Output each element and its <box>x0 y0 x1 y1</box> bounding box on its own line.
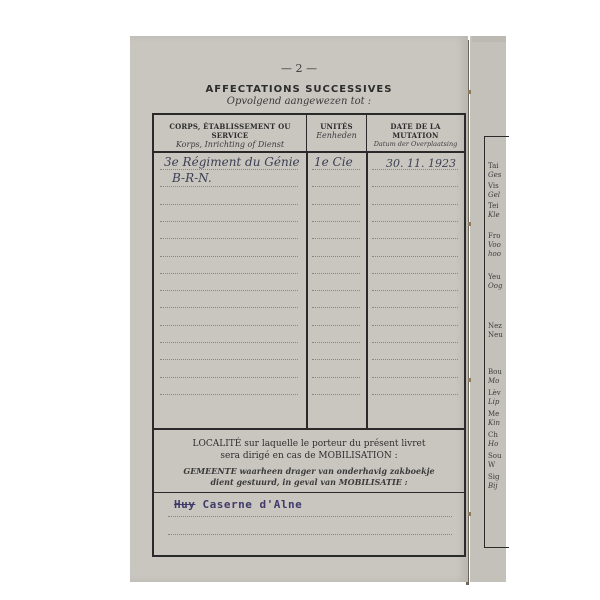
dotted-row-line <box>160 186 298 187</box>
dotted-row-line <box>312 256 360 257</box>
column-header-unites: UNITÉS Eenheden <box>306 115 366 153</box>
column-header-unites-nl: Eenheden <box>307 131 366 140</box>
dotted-row-line <box>372 169 458 170</box>
dotted-row-line <box>312 359 360 360</box>
dotted-row-line <box>312 325 360 326</box>
dotted-row-line <box>160 290 298 291</box>
column-divider-2 <box>366 153 368 430</box>
column-header-date-nl: Datum der Overplaatsing <box>367 140 464 148</box>
right-label-mond: Mo <box>488 377 506 386</box>
right-label-lippen: Lip <box>488 398 506 407</box>
locality-label-nl-line2: dient gestuurd, in geval van MOBILISATIE… <box>154 477 464 488</box>
dotted-row-line <box>372 342 458 343</box>
right-label-sourcils: Sou <box>488 452 506 461</box>
dotted-row-line <box>372 186 458 187</box>
column-header-date: DATE DE LA MUTATION Datum der Overplaats… <box>366 115 464 153</box>
dotted-row-line <box>160 204 298 205</box>
locality-separator <box>154 492 464 493</box>
right-label-bouche: Bou <box>488 368 506 377</box>
right-facing-page: Tai Ges Vis Gel Tei Kle Fro Voo hoo Yeu … <box>470 36 506 582</box>
dotted-row-line <box>312 290 360 291</box>
right-label-taille: Tai <box>488 162 506 171</box>
locality-stamp: Huy Caserne d'Alne <box>174 498 302 511</box>
dotted-row-line <box>160 342 298 343</box>
dotted-row-line <box>312 186 360 187</box>
dotted-row-line <box>372 221 458 222</box>
right-label-teint: Tei <box>488 202 506 211</box>
right-label-oogen: Oog <box>488 282 506 291</box>
column-header-unites-fr: UNITÉS <box>307 122 366 131</box>
right-label-kleur: Kle <box>488 211 506 220</box>
right-label-neus: Neu <box>488 331 506 340</box>
dotted-row-line <box>372 325 458 326</box>
dotted-row-line <box>160 221 298 222</box>
dotted-row-line <box>312 377 360 378</box>
column-header-corps-nl: Korps, Inrichting of Dienst <box>154 140 306 149</box>
locality-label-fr: LOCALITÉ sur laquelle le porteur du prés… <box>154 438 464 462</box>
locality-label-fr-line1: LOCALITÉ sur laquelle le porteur du prés… <box>154 438 464 450</box>
dotted-row-line <box>160 359 298 360</box>
locality-label-nl-line1: GEMEENTE waarheen drager van onderhavig … <box>154 466 464 477</box>
assignments-table: CORPS, ÉTABLISSEMENT OU SERVICE Korps, I… <box>152 113 466 430</box>
dotted-row-line <box>160 256 298 257</box>
locality-label-fr-line2: sera dirigé en cas de MOBILISATION : <box>154 450 464 462</box>
dotted-row-line <box>312 204 360 205</box>
page-subtitle: Opvolgend aangewezen tot : <box>130 96 468 107</box>
dotted-row-line <box>160 169 298 170</box>
dotted-row-line <box>372 377 458 378</box>
dotted-row-line <box>372 204 458 205</box>
entry-corps: 3e Régiment du Génie <box>164 155 300 169</box>
entry-unite: 1e Cie <box>314 155 353 169</box>
column-divider-1 <box>306 153 308 430</box>
dotted-row-line <box>312 342 360 343</box>
right-label-kin: Kin <box>488 419 506 428</box>
dotted-row-line <box>312 221 360 222</box>
dotted-row-line <box>312 273 360 274</box>
right-label-bijzondere: Bij <box>488 482 506 491</box>
column-header-date-fr: DATE DE LA MUTATION <box>367 122 464 140</box>
dotted-row-line <box>372 256 458 257</box>
right-label-gelaat: Gel <box>488 191 506 200</box>
right-label-front: Fro <box>488 232 506 241</box>
dotted-row-line <box>372 290 458 291</box>
dotted-row-line <box>160 377 298 378</box>
locality-label-nl: GEMEENTE waarheen drager van onderhavig … <box>154 466 464 488</box>
dotted-row-line <box>372 359 458 360</box>
dotted-row-line <box>312 169 360 170</box>
page-title: AFFECTATIONS SUCCESSIVES <box>130 84 468 95</box>
page-number: — 2 — <box>130 62 468 75</box>
right-label-hoofd: hoo <box>488 250 506 259</box>
stamp-struck-text: Huy <box>174 498 195 511</box>
right-label-cheveux: Ch <box>488 431 506 440</box>
right-label-signes: Sig <box>488 473 506 482</box>
column-header-corps: CORPS, ÉTABLISSEMENT OU SERVICE Korps, I… <box>154 115 306 153</box>
column-header-corps-fr: CORPS, ÉTABLISSEMENT OU SERVICE <box>154 122 306 140</box>
dotted-row-line <box>372 273 458 274</box>
right-label-menton: Me <box>488 410 506 419</box>
dotted-row-line <box>160 394 298 395</box>
right-label-nez: Nez <box>488 322 506 331</box>
document-page: — 2 — AFFECTATIONS SUCCESSIVES Opvolgend… <box>130 36 468 582</box>
mobilisation-locality-box: LOCALITÉ sur laquelle le porteur du prés… <box>152 428 466 557</box>
dotted-row-line <box>160 325 298 326</box>
right-label-hoofdhaar: Ho <box>488 440 506 449</box>
stamp-text: Caserne d'Alne <box>203 498 303 511</box>
dotted-row-line <box>312 394 360 395</box>
right-label-visage: Vis <box>488 182 506 191</box>
dotted-row-line <box>372 307 458 308</box>
right-label-levres: Lèv <box>488 389 506 398</box>
right-label-wenkbrauwen: W <box>488 461 506 470</box>
dotted-row-line <box>312 238 360 239</box>
dotted-row-line <box>372 238 458 239</box>
right-label-gestalte: Ges <box>488 171 506 180</box>
dotted-row-line <box>160 238 298 239</box>
dotted-row-line <box>160 307 298 308</box>
page-tab <box>472 36 506 42</box>
locality-dotted-line-2 <box>168 534 452 535</box>
dotted-row-line <box>160 273 298 274</box>
right-label-voorhoofd: Voo <box>488 241 506 250</box>
dotted-row-line <box>372 394 458 395</box>
dotted-row-line <box>312 307 360 308</box>
entry-corps-line2: B-R-N. <box>172 171 212 185</box>
right-label-yeux: Yeu <box>488 273 506 282</box>
locality-dotted-line-1 <box>168 516 452 517</box>
